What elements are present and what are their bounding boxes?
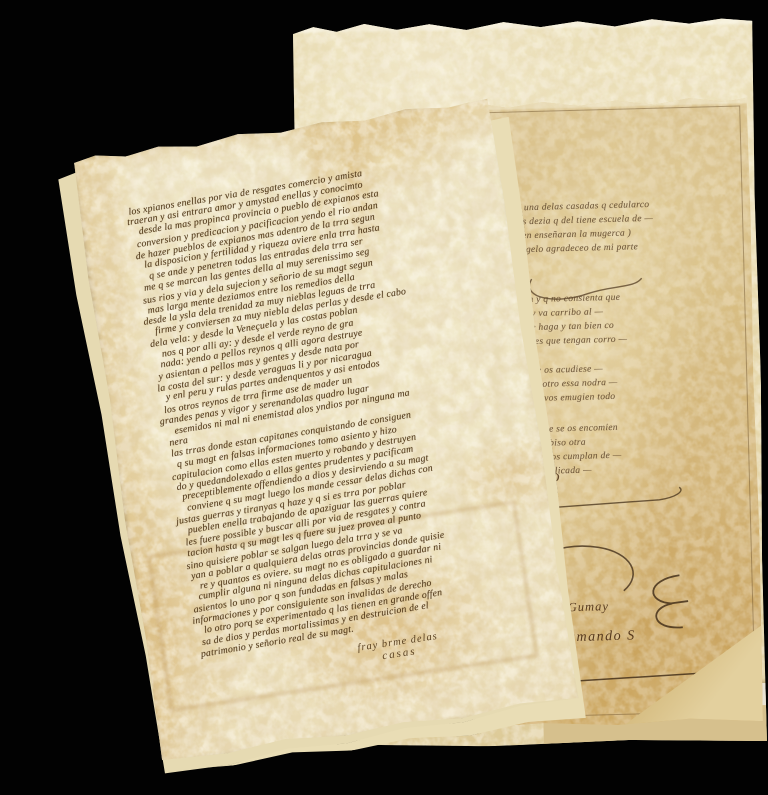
torn-edge-highlight xyxy=(290,15,754,33)
flourish-rubric xyxy=(639,571,693,636)
left-text-block: los xpianos enellas por via de resgates … xyxy=(131,151,541,659)
photo-stage: rez y su muger una delas casadas q cedul… xyxy=(0,0,768,795)
left-manuscript: los xpianos enellas por via de resgates … xyxy=(70,95,580,763)
